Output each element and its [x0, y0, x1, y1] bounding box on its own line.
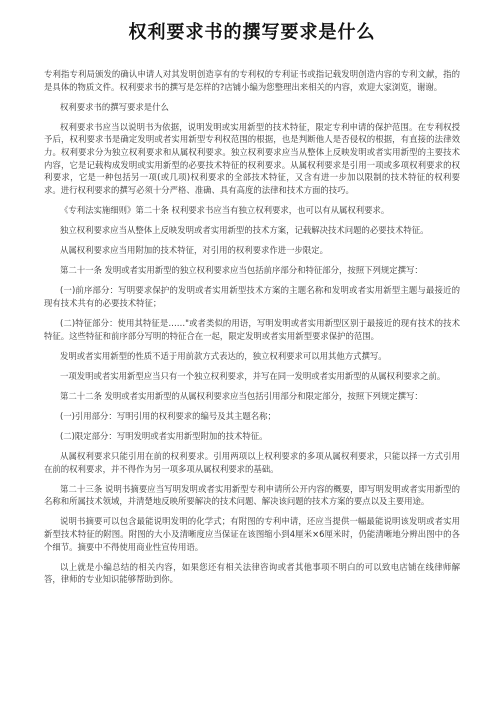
paragraph-article-20: 《专利法实施细则》第二十条 权利要求书应当有独立权利要求，也可以有从属权利要求。: [44, 204, 460, 217]
paragraph-reference-part: (一)引用部分：写明引用的权利要求的编号及其主题名称；: [44, 410, 460, 423]
paragraph-closing: 以上就是小编总结的相关内容，如果您还有相关法律咨询或者其他事项不明白的可以致电店…: [44, 561, 460, 586]
document-page: 权利要求书的撰写要求是什么 专利指专利局颁发的确认申请人对其发明创造享有的专利权…: [44, 0, 460, 593]
paragraph-single-independent: 一项发明或者实用新型应当只有一个独立权利要求，并写在同一发明或者实用新型的从属权…: [44, 370, 460, 383]
paragraph-independent-claim: 独立权利要求应当从整体上反映发明或者实用新型的技术方案，记载解决技术问题的必要技…: [44, 224, 460, 237]
paragraph-preamble-part: (一)前序部分：写明要求保护的发明或者实用新型技术方案的主题名称和发明或者实用新…: [44, 284, 460, 309]
document-title: 权利要求书的撰写要求是什么: [44, 0, 460, 56]
paragraph-article-23: 第二十三条 说明书摘要应当写明发明或者实用新型专利申请所公开内容的概要，即写明发…: [44, 483, 460, 508]
paragraph-abstract-figure: 说明书摘要可以包含最能说明发明的化学式；有附图的专利申请，还应当提供一幅最能说明…: [44, 515, 460, 553]
paragraph-article-22: 第二十二条 发明或者实用新型的从属权利要求应当包括引用部分和限定部分，按照下列规…: [44, 390, 460, 403]
paragraph-dependent-claim: 从属权利要求应当用附加的技术特征，对引用的权利要求作进一步限定。: [44, 244, 460, 257]
paragraph-multiple-dependent: 从属权利要求只能引用在前的权利要求。引用两项以上权利要求的多项从属权利要求，只能…: [44, 450, 460, 475]
paragraph-other-forms: 发明或者实用新型的性质不适于用前款方式表达的，独立权利要求可以用其他方式撰写。: [44, 350, 460, 363]
paragraph-limiting-part: (二)限定部分：写明发明或者实用新型附加的技术特征。: [44, 430, 460, 443]
paragraph-intro: 专利指专利局颁发的确认申请人对其发明创造享有的专利权的专利证书或指记载发明创造内…: [44, 68, 460, 93]
paragraph-definition: 权利要求书应当以说明书为依据，说明发明或实用新型的技术特征，限定专利申请的保护范…: [44, 121, 460, 197]
paragraph-article-21: 第二十一条 发明或者实用新型的独立权利要求应当包括前序部分和特征部分，按照下列规…: [44, 264, 460, 277]
paragraph-characterizing-part: (二)特征部分：使用其特征是……"或者类似的用语，写明发明或者实用新型区别于最接…: [44, 317, 460, 342]
paragraph-subheading: 权利要求书的撰写要求是什么: [44, 101, 460, 114]
